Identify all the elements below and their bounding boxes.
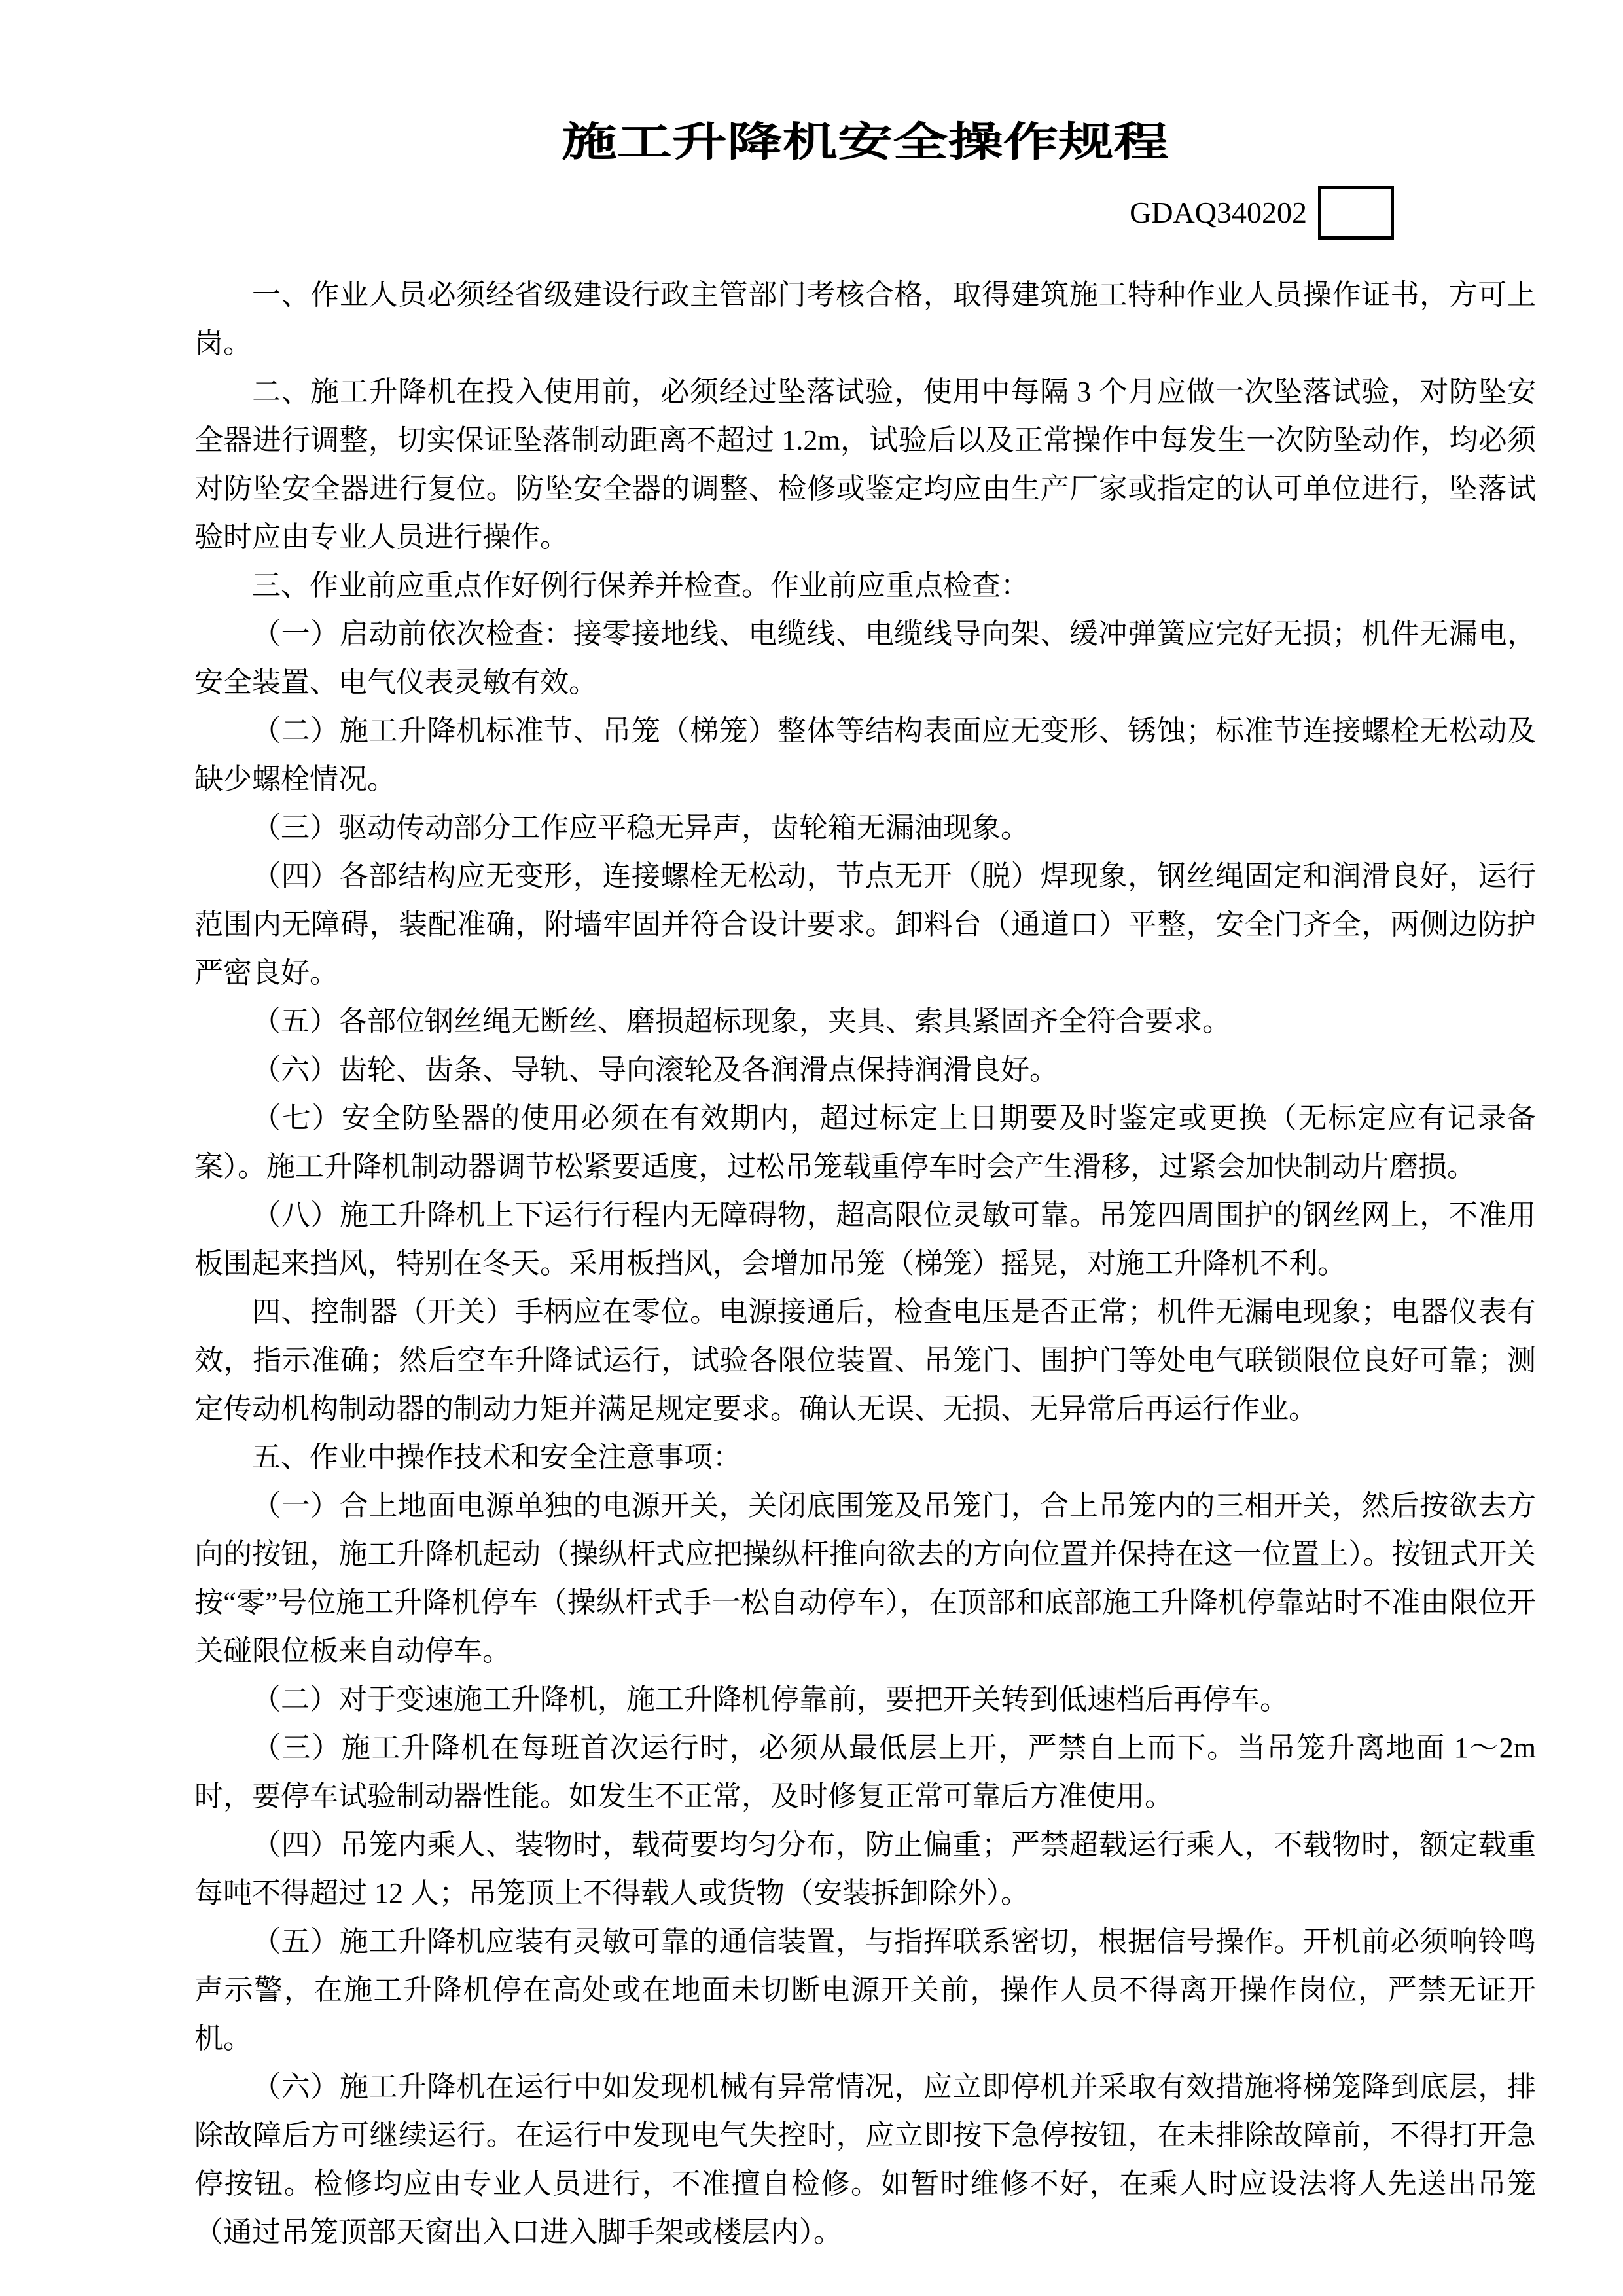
paragraph: （四）吊笼内乘人、装物时，载荷要均匀分布，防止偏重；严禁超载运行乘人，不载物时，… [194,1821,1536,1918]
paragraph: 五、作业中操作技术和安全注意事项： [194,1433,1536,1482]
code-box [1318,186,1394,240]
document-body: 一、作业人员必须经省级建设行政主管部门考核合格，取得建筑施工特种作业人员操作证书… [194,271,1536,2257]
paragraph: （六）施工升降机在运行中如发现机械有异常情况，应立即停机并采取有效措施将梯笼降到… [194,2063,1536,2257]
paragraph: （二）对于变速施工升降机，施工升降机停靠前，要把开关转到低速档后再停车。 [194,1676,1536,1724]
paragraph: （八）施工升降机上下运行行程内无障碍物，超高限位灵敏可靠。吊笼四周围护的钢丝网上… [194,1191,1536,1288]
paragraph: （七）安全防坠器的使用必须在有效期内，超过标定上日期要及时鉴定或更换（无标定应有… [194,1094,1536,1191]
paragraph: （一）启动前依次检查：接零接地线、电缆线、电缆线导向架、缓冲弹簧应完好无损；机件… [194,610,1536,707]
paragraph: （四）各部结构应无变形，连接螺栓无松动，节点无开（脱）焊现象，钢丝绳固定和润滑良… [194,852,1536,997]
document-code: GDAQ340202 [1130,198,1307,228]
paragraph: （五）施工升降机应装有灵敏可靠的通信装置，与指挥联系密切，根据信号操作。开机前必… [194,1918,1536,2063]
paragraph: （一）合上地面电源单独的电源开关，关闭底围笼及吊笼门，合上吊笼内的三相开关，然后… [194,1482,1536,1676]
code-row: GDAQ340202 [194,186,1536,240]
document-page: 施工升降机安全操作规程 GDAQ340202 一、作业人员必须经省级建设行政主管… [0,0,1623,2296]
paragraph: 三、作业前应重点作好例行保养并检查。作业前应重点检查： [194,562,1536,610]
paragraph: 一、作业人员必须经省级建设行政主管部门考核合格，取得建筑施工特种作业人员操作证书… [194,271,1536,368]
paragraph: （三）施工升降机在每班首次运行时，必须从最低层上开，严禁自上而下。当吊笼升离地面… [194,1724,1536,1821]
paragraph: 四、控制器（开关）手柄应在零位。电源接通后，检查电压是否正常；机件无漏电现象；电… [194,1288,1536,1433]
paragraph: （六）齿轮、齿条、导轨、导向滚轮及各润滑点保持润滑良好。 [194,1046,1536,1094]
paragraph: （二）施工升降机标准节、吊笼（梯笼）整体等结构表面应无变形、锈蚀；标准节连接螺栓… [194,707,1536,804]
paragraph: 二、施工升降机在投入使用前，必须经过坠落试验，使用中每隔 3 个月应做一次坠落试… [194,368,1536,562]
paragraph: （五）各部位钢丝绳无断丝、磨损超标现象，夹具、索具紧固齐全符合要求。 [194,997,1536,1046]
page-title: 施工升降机安全操作规程 [0,122,1623,164]
paragraph: （三）驱动传动部分工作应平稳无异声，齿轮箱无漏油现象。 [194,804,1536,852]
